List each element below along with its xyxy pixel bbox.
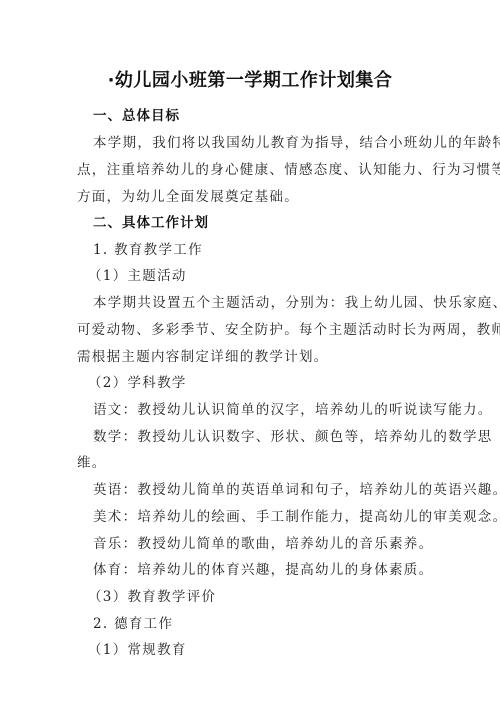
subject-english: 英语：教授幼儿简单的英语单词和句子，培养幼儿的英语兴趣。 — [93, 480, 463, 500]
subheading-subject-teaching: （2）学科教学 — [88, 373, 458, 393]
subheading-evaluation: （3）教育教学评价 — [88, 587, 458, 607]
section-heading-goals: 一、总体目标 — [93, 106, 463, 126]
subheading-teaching: 1. 教育教学工作 — [93, 240, 463, 260]
subject-pe: 体育：培养幼儿的体育兴趣，提高幼儿的身体素质。 — [93, 560, 463, 580]
paragraph-line: 本学期，我们将以我国幼儿教育为指导，结合小班幼儿的年龄特 — [93, 133, 463, 153]
subject-music: 音乐：教授幼儿简单的歌曲，培养幼儿的音乐素养。 — [93, 534, 463, 554]
subheading-moral: 2. 德育工作 — [93, 614, 463, 634]
paragraph-line: 点，注重培养幼儿的身心健康、情感态度、认知能力、行为习惯等 — [77, 160, 447, 180]
section-heading-plan: 二、具体工作计划 — [93, 213, 463, 233]
subject-art: 美术：培养幼儿的绘画、手工制作能力，提高幼儿的审美观念。 — [93, 507, 463, 527]
paragraph-line: 方面，为幼儿全面发展奠定基础。 — [77, 187, 447, 207]
subject-chinese: 语文：教授幼儿认识简单的汉字，培养幼儿的听说读写能力。 — [93, 400, 463, 420]
subject-math: 数学：教授幼儿认识数字、形状、颜色等，培养幼儿的数学思 — [93, 427, 463, 447]
paragraph-line: 维。 — [77, 453, 447, 473]
document-title: ·幼儿园小班第一学期工作计划集合 — [0, 66, 500, 92]
subheading-theme-activities: （1）主题活动 — [88, 266, 458, 286]
subheading-routine: （1）常规教育 — [88, 640, 458, 660]
paragraph-line: 本学期共设置五个主题活动，分别为：我上幼儿园、快乐家庭、 — [93, 293, 463, 313]
paragraph-line: 可爱动物、多彩季节、安全防护。每个主题活动时长为两周，教师 — [77, 320, 447, 340]
paragraph-line: 需根据主题内容制定详细的教学计划。 — [77, 347, 447, 367]
